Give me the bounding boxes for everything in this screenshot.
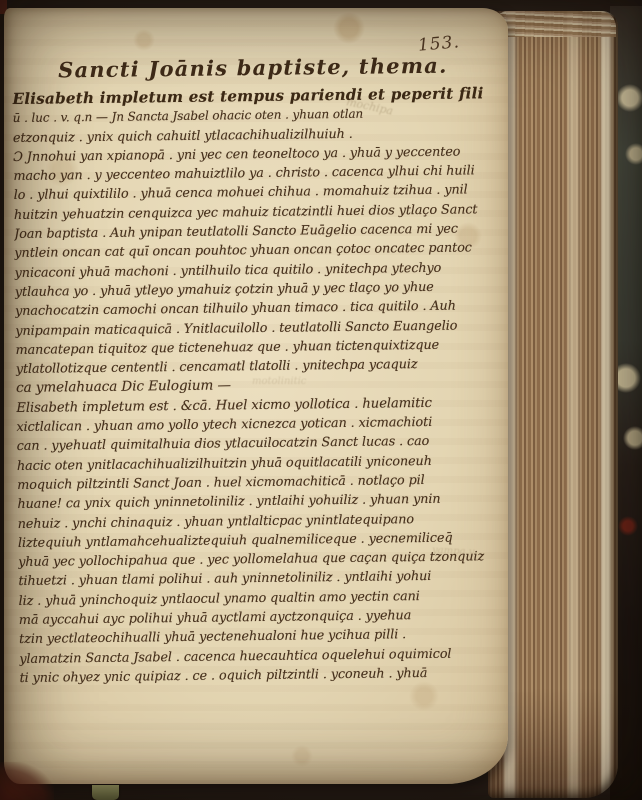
leaf-stack-top-edge	[494, 11, 616, 37]
manuscript-photo: 153. mochipa yampa y motolinitic Sancti …	[0, 0, 642, 800]
manuscript-page: 153. mochipa yampa y motolinitic Sancti …	[4, 8, 508, 784]
cover-red-corner	[0, 762, 54, 800]
manuscript-lines: Elisabeth impletum est tempus pariendi e…	[12, 84, 508, 688]
manuscript-text-block: Sancti Joānis baptiste, thema. Elisabeth…	[12, 52, 508, 688]
bookmark-ribbon	[92, 785, 119, 800]
sermon-title: Sancti Joānis baptiste, thema.	[58, 52, 504, 82]
